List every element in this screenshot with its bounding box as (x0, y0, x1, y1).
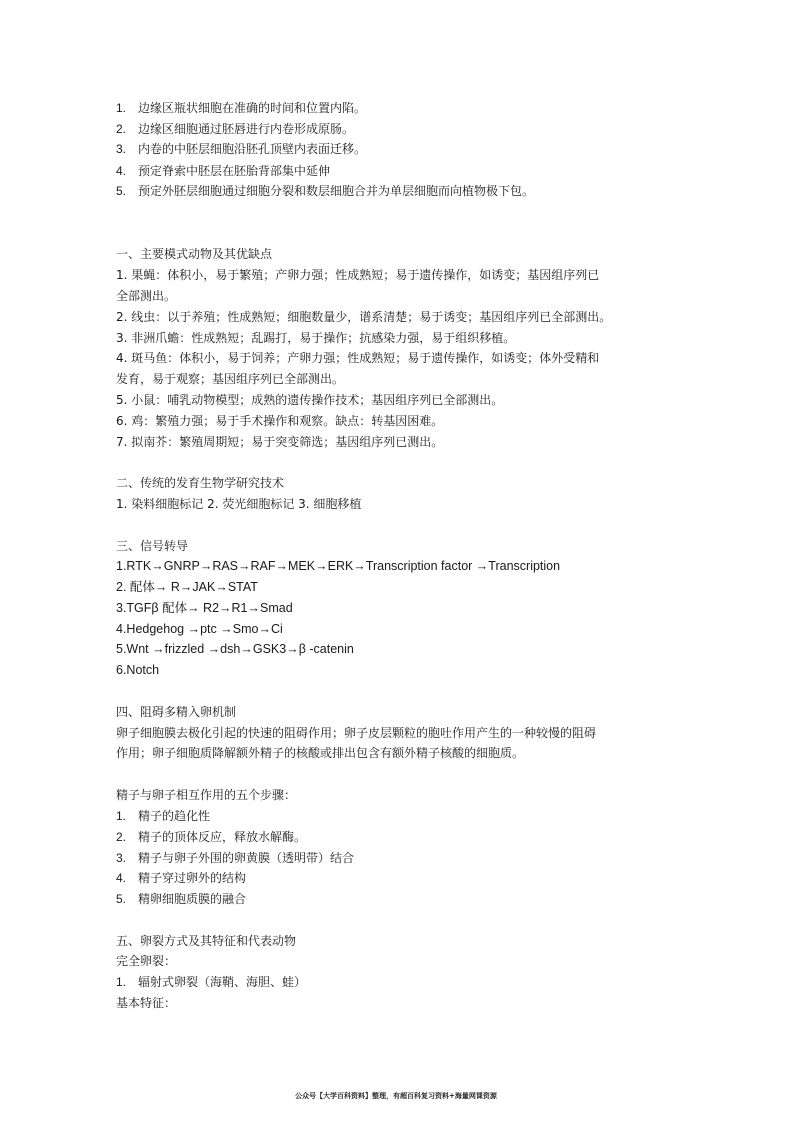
section-heading: 二、传统的发育生物学研究技术 (116, 475, 284, 491)
item-number: 4. (116, 163, 138, 179)
item-number: 2. (116, 829, 138, 845)
paragraph-line: 1. 染料细胞标记 2. 荧光细胞标记 3. 细胞移植 (116, 496, 361, 512)
item-text: 精子与卵子外围的卵黄膜（透明带）结合 (138, 851, 354, 865)
pathway-line: 3.TGFβ 配体→ R2→R1→Smad (116, 600, 293, 616)
section-heading: 四、阻碍多精入卵机制 (116, 704, 236, 720)
item-text: 预定外胚层细胞通过细胞分裂和数层细胞合并为单层细胞而向植物极下包。 (138, 184, 534, 198)
list-item: 5.预定外胚层细胞通过细胞分裂和数层细胞合并为单层细胞而向植物极下包。 (116, 183, 534, 199)
paragraph-line: 1. 果蝇：体积小，易于繁殖；产卵力强；性成熟短；易于遗传操作，如诱变；基因组序… (116, 267, 599, 283)
pathway-line: 1.RTK→GNRP→RAS→RAF→MEK→ERK→Transcription… (116, 558, 560, 574)
paragraph-line: 作用；卵子细胞质降解额外精子的核酸或排出包含有额外精子核酸的细胞质。 (116, 745, 524, 761)
item-number: 1. (116, 974, 138, 990)
subheading: 完全卵裂： (116, 953, 176, 969)
list-item: 1.边缘区瓶状细胞在准确的时间和位置内陷。 (116, 100, 366, 116)
item-text: 精卵细胞质膜的融合 (138, 892, 246, 906)
item-number: 4. (116, 870, 138, 886)
section-heading: 五、卵裂方式及其特征和代表动物 (116, 933, 296, 949)
paragraph-line: 7. 拟南芥：繁殖周期短；易于突变筛选；基因组序列已测出。 (116, 434, 443, 450)
paragraph-line: 4. 斑马鱼：体积小，易于饲养；产卵力强；性成熟短；易于遗传操作，如诱变；体外受… (116, 350, 599, 366)
item-number: 1. (116, 100, 138, 116)
item-number: 2. (116, 121, 138, 137)
paragraph-line: 2. 线虫：以于养殖；性成熟短；细胞数量少，谱系清楚；易于诱变；基因组序列已全部… (116, 309, 611, 325)
item-number: 5. (116, 891, 138, 907)
paragraph-line: 5. 小鼠：哺乳动物模型；成熟的遗传操作技术；基因组序列已全部测出。 (116, 392, 503, 408)
list-item: 2.精子的顶体反应，释放水解酶。 (116, 829, 306, 845)
item-text: 边缘区细胞通过胚唇进行内卷形成原肠。 (138, 122, 354, 136)
subheading: 精子与卵子相互作用的五个步骤： (116, 787, 296, 803)
item-number: 3. (116, 141, 138, 157)
item-text: 精子的顶体反应，释放水解酶。 (138, 830, 306, 844)
item-number: 5. (116, 183, 138, 199)
pathway-line: 2. 配体→ R→JAK→STAT (116, 579, 258, 595)
item-text: 预定脊索中胚层在胚胎背部集中延伸 (138, 164, 330, 178)
item-number: 3. (116, 850, 138, 866)
subheading: 基本特征： (116, 995, 176, 1011)
pathway-line: 5.Wnt →frizzled →dsh→GSK3→β -catenin (116, 641, 354, 657)
paragraph-line: 全部测出。 (116, 288, 176, 304)
list-item: 1.精子的趋化性 (116, 808, 210, 824)
list-item: 1.辐射式卵裂（海鞘、海胆、蛙） (116, 974, 306, 990)
item-text: 精子的趋化性 (138, 809, 210, 823)
list-item: 3.内卷的中胚层细胞沿胚孔顶壁内表面迁移。 (116, 141, 366, 157)
item-text: 精子穿过卵外的结构 (138, 871, 246, 885)
paragraph-line: 3. 非洲爪蟾：性成熟短；乱踢打，易于操作；抗感染力强，易于组织移植。 (116, 330, 515, 346)
list-item: 5.精卵细胞质膜的融合 (116, 891, 246, 907)
list-item: 2.边缘区细胞通过胚唇进行内卷形成原肠。 (116, 121, 354, 137)
paragraph-line: 6. 鸡：繁殖力强；易于手术操作和观察。缺点：转基因困难。 (116, 413, 443, 429)
page-footer: 公众号【大学百科资料】整理，有超百科复习资料+海量网课资源 (0, 1091, 792, 1101)
list-item: 4.精子穿过卵外的结构 (116, 870, 246, 886)
pathway-line: 6.Notch (116, 662, 159, 678)
item-text: 内卷的中胚层细胞沿胚孔顶壁内表面迁移。 (138, 142, 366, 156)
section-heading: 一、主要模式动物及其优缺点 (116, 246, 272, 262)
item-text: 边缘区瓶状细胞在准确的时间和位置内陷。 (138, 101, 366, 115)
paragraph-line: 发育，易于观察；基因组序列已全部测出。 (116, 371, 344, 387)
list-item: 4.预定脊索中胚层在胚胎背部集中延伸 (116, 163, 330, 179)
item-number: 1. (116, 808, 138, 824)
list-item: 3.精子与卵子外围的卵黄膜（透明带）结合 (116, 850, 354, 866)
paragraph-line: 卵子细胞膜去极化引起的快速的阻碍作用；卵子皮层颗粒的胞吐作用产生的一种较慢的阻碍 (116, 725, 596, 741)
item-text: 辐射式卵裂（海鞘、海胆、蛙） (138, 975, 306, 989)
pathway-line: 4.Hedgehog →ptc →Smo→Ci (116, 621, 283, 637)
section-heading: 三、信号转导 (116, 538, 188, 554)
